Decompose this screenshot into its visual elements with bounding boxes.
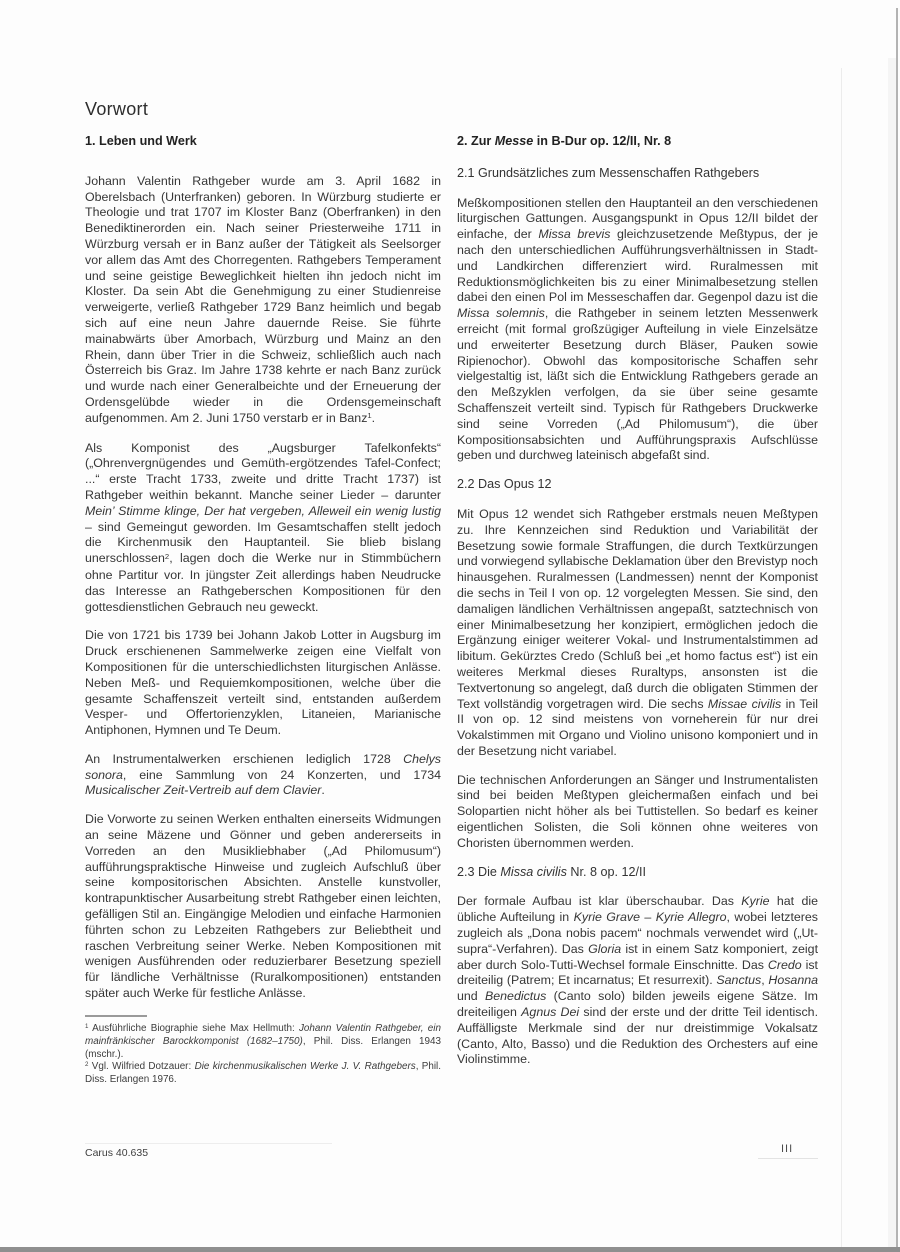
- paragraph: Die von 1721 bis 1739 bei Johann Jakob L…: [85, 628, 441, 739]
- paragraph: Die technischen Anforderungen an Sänger …: [457, 773, 818, 852]
- subsection-heading-2-1: 2.1 Grundsätzliches zum Messenschaffen R…: [457, 166, 818, 182]
- paragraph: Meßkompositionen stellen den Hauptanteil…: [457, 196, 818, 465]
- two-column-layout: 1. Leben und Werk Johann Valentin Rathge…: [85, 134, 818, 1087]
- section-heading-zur-messe: 2. Zur Messe in B-Dur op. 12/II, Nr. 8: [457, 134, 818, 150]
- scan-bottom-edge: [0, 1247, 900, 1252]
- footer-rule-right: [758, 1158, 818, 1159]
- footnote-separator-rule: [85, 1015, 147, 1017]
- page-number: III: [781, 1143, 793, 1155]
- footnote: 1 Ausführliche Biographie siehe Max Hell…: [85, 1023, 441, 1061]
- left-column: 1. Leben und Werk Johann Valentin Rathge…: [85, 134, 441, 1087]
- footer-rule-left: [85, 1143, 332, 1144]
- paragraph: Johann Valentin Rathgeber wurde am 3. Ap…: [85, 174, 441, 428]
- paragraph: Der formale Aufbau ist klar überschaubar…: [457, 894, 818, 1068]
- document-page: Vorwort 1. Leben und Werk Johann Valenti…: [85, 98, 818, 1087]
- footnote: 2 Vgl. Wilfried Dotzauer: Die kirchenmus…: [85, 1061, 441, 1087]
- scan-right-margin-shade: [888, 58, 896, 1247]
- page-title: Vorwort: [85, 98, 818, 120]
- scan-right-edge: [896, 8, 898, 1247]
- paragraph: An Instrumentalwerken erschienen ledigli…: [85, 752, 441, 799]
- right-column: 2. Zur Messe in B-Dur op. 12/II, Nr. 8 2…: [457, 134, 818, 1081]
- paragraph: Die Vorworte zu seinen Werken enthalten …: [85, 812, 441, 1002]
- paragraph: Mit Opus 12 wendet sich Rathgeber erstma…: [457, 507, 818, 760]
- subsection-heading-2-2: 2.2 Das Opus 12: [457, 477, 818, 493]
- section-heading-leben-und-werk: 1. Leben und Werk: [85, 134, 441, 150]
- edition-number: Carus 40.635: [85, 1147, 148, 1159]
- paragraph: Als Komponist des „Augsburger Tafelkonfe…: [85, 441, 441, 616]
- subsection-heading-2-3: 2.3 Die Missa civilis Nr. 8 op. 12/II: [457, 865, 818, 881]
- scan-page-edge-line: [841, 68, 842, 1247]
